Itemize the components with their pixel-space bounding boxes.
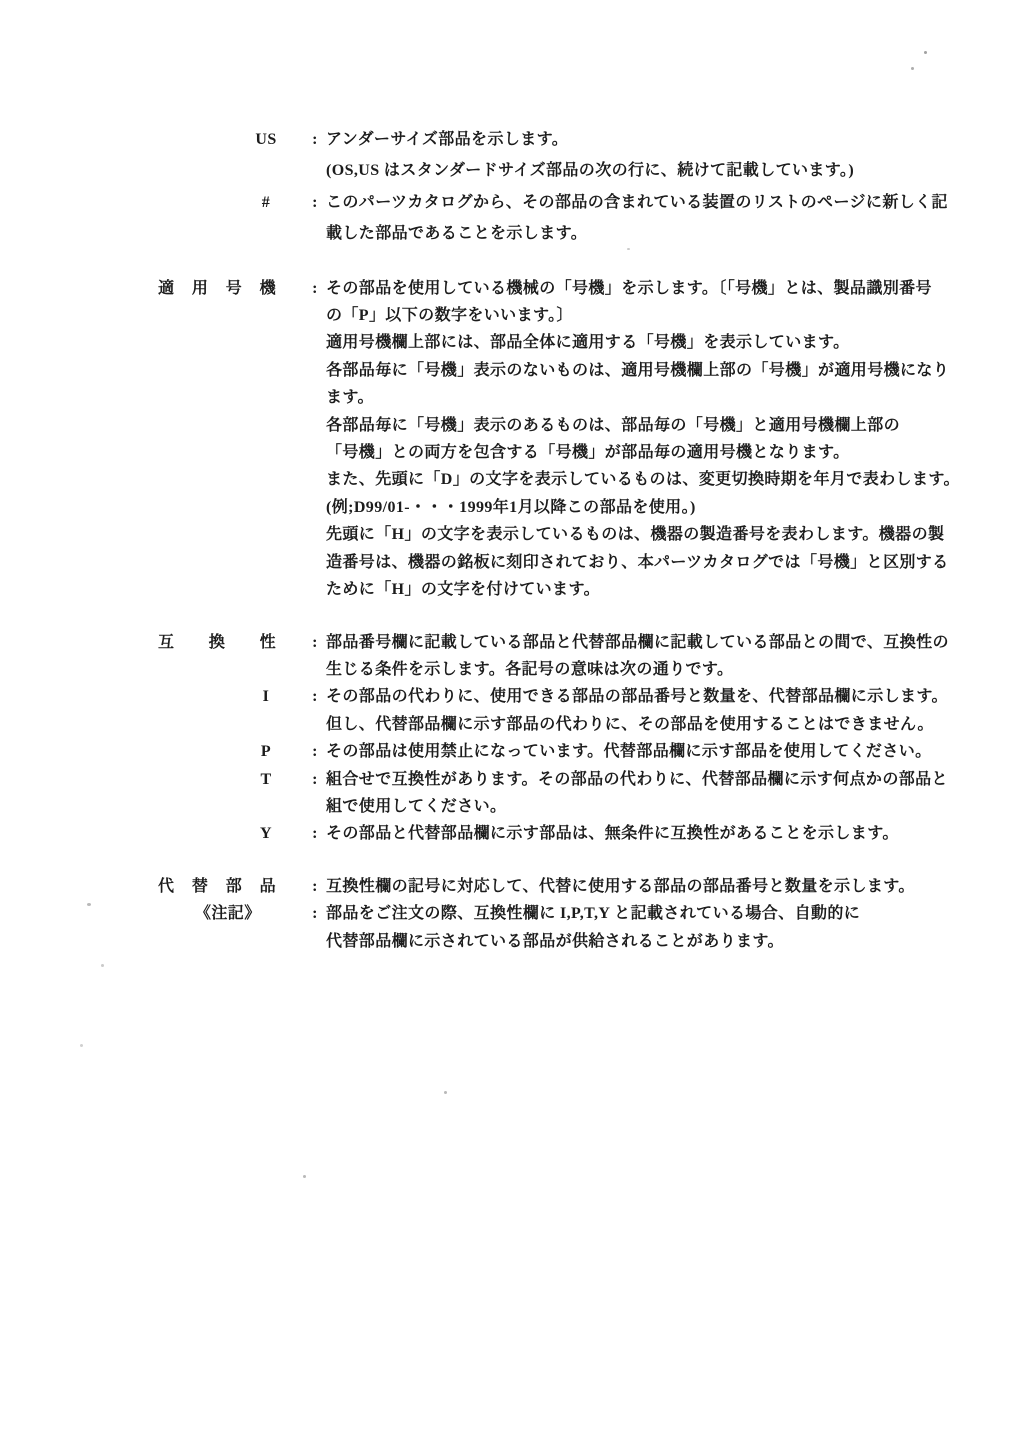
definition-text: 組合せで互換性があります。その部品の代わりに、代替部品欄に示す何点かの部品と 組… <box>326 766 964 821</box>
colon-separator: : <box>304 275 326 302</box>
text-line: 代替部品欄に示されている部品が供給されることがあります。 <box>326 928 964 955</box>
definition-text: アンダーサイズ部品を示します。 (OS,US はスタンダードサイズ部品の次の行に… <box>326 124 964 187</box>
text-line: その部品の代わりに、使用できる部品の部品番号と数量を、代替部品欄に示します。 <box>326 683 964 710</box>
term-substitute-parts: 代 替 部 品 <box>158 873 276 900</box>
section-applicable-serial: 適 用 号 機 : その部品を使用している機械の「号機」を示します。〔「号機」と… <box>158 275 964 604</box>
symbol-t: T <box>158 766 304 793</box>
colon-separator: : <box>304 187 326 218</box>
symbol-i: I <box>158 683 304 710</box>
term-label: 適 用 号 機 <box>158 275 304 302</box>
symbol-us: US <box>158 124 304 155</box>
term-interchangeability: 互 換 性 <box>158 629 276 656</box>
definition-entry-code-i: I : その部品の代わりに、使用できる部品の部品番号と数量を、代替部品欄に示しま… <box>158 683 964 738</box>
colon-separator: : <box>304 873 326 900</box>
colon-separator: : <box>304 766 326 793</box>
definition-text: このパーツカタログから、その部品の含まれている装置のリストのページに新しく記 載… <box>326 187 964 250</box>
text-line: 組合せで互換性があります。その部品の代わりに、代替部品欄に示す何点かの部品と <box>326 766 964 793</box>
text-line: また、先頭に「D」の文字を表示しているものは、変更切換時期を年月で表わします。 <box>326 466 964 493</box>
scan-speck <box>101 964 104 967</box>
symbol-p: P <box>158 738 304 765</box>
term-label: 互 換 性 <box>158 629 304 656</box>
definition-entry-interchangeability: 互 換 性 : 部品番号欄に記載している部品と代替部品欄に記載している部品との間… <box>158 629 964 684</box>
definition-entry-applicable-serial: 適 用 号 機 : その部品を使用している機械の「号機」を示します。〔「号機」と… <box>158 275 964 604</box>
scan-speck <box>924 51 927 54</box>
scan-speck <box>80 1044 83 1047</box>
text-line: 但し、代替部品欄に示す部品の代わりに、その部品を使用することはできません。 <box>326 711 964 738</box>
section-interchangeability: 互 換 性 : 部品番号欄に記載している部品と代替部品欄に記載している部品との間… <box>158 629 964 848</box>
colon-separator: : <box>304 124 326 155</box>
text-line: 組で使用してください。 <box>326 793 964 820</box>
scanned-document-page: US : アンダーサイズ部品を示します。 (OS,US はスタンダードサイズ部品… <box>0 0 1024 1448</box>
text-line: 生じる条件を示します。各記号の意味は次の通りです。 <box>326 656 964 683</box>
definition-text: その部品は使用禁止になっています。代替部品欄に示す部品を使用してください。 <box>326 738 964 765</box>
colon-separator: : <box>304 738 326 765</box>
text-line: このパーツカタログから、その部品の含まれている装置のリストのページに新しく記 <box>326 187 964 218</box>
definition-text: 部品をご注文の際、互換性欄に I,P,T,Y と記載されている場合、自動的に 代… <box>326 900 964 955</box>
text-line: 先頭に「H」の文字を表示しているものは、機器の製造番号を表わします。機器の製 <box>326 521 964 548</box>
colon-separator: : <box>304 629 326 656</box>
symbol-y: Y <box>158 820 304 847</box>
text-line: その部品は使用禁止になっています。代替部品欄に示す部品を使用してください。 <box>326 738 964 765</box>
text-line: 各部品毎に「号機」表示のないものは、適用号機欄上部の「号機」が適用号機になり <box>326 357 964 384</box>
colon-separator: : <box>304 820 326 847</box>
text-line: の「P」以下の数字をいいます。〕 <box>326 302 964 329</box>
definition-entry-code-p: P : その部品は使用禁止になっています。代替部品欄に示す部品を使用してください… <box>158 738 964 765</box>
definition-entry-code-t: T : 組合せで互換性があります。その部品の代わりに、代替部品欄に示す何点かの部… <box>158 766 964 821</box>
text-line: 部品をご注文の際、互換性欄に I,P,T,Y と記載されている場合、自動的に <box>326 900 964 927</box>
section-size-symbols: US : アンダーサイズ部品を示します。 (OS,US はスタンダードサイズ部品… <box>158 124 964 250</box>
definition-text: その部品と代替部品欄に示す部品は、無条件に互換性があることを示します。 <box>326 820 964 847</box>
text-line: 造番号は、機器の銘板に刻印されており、本パーツカタログでは「号機」と区別する <box>326 549 964 576</box>
scan-speck <box>627 248 630 250</box>
section-substitute-parts: 代 替 部 品 : 互換性欄の記号に対応して、代替に使用する部品の部品番号と数量… <box>158 873 964 955</box>
term-applicable-serial: 適 用 号 機 <box>158 275 276 302</box>
remark-label: 《注記》 <box>158 900 304 927</box>
text-line: 各部品毎に「号機」表示のあるものは、部品毎の「号機」と適用号機欄上部の <box>326 412 964 439</box>
text-line: その部品を使用している機械の「号機」を示します。〔「号機」とは、製品識別番号 <box>326 275 964 302</box>
text-line: 部品番号欄に記載している部品と代替部品欄に記載している部品との間で、互換性の <box>326 629 964 656</box>
text-line: 互換性欄の記号に対応して、代替に使用する部品の部品番号と数量を示します。 <box>326 873 964 900</box>
text-line: その部品と代替部品欄に示す部品は、無条件に互換性があることを示します。 <box>326 820 964 847</box>
definition-text: その部品の代わりに、使用できる部品の部品番号と数量を、代替部品欄に示します。 但… <box>326 683 964 738</box>
text-line: (例;D99/01-・・・1999年1月以降この部品を使用。) <box>326 494 964 521</box>
scan-speck <box>911 67 914 70</box>
text-line: ために「H」の文字を付けています。 <box>326 576 964 603</box>
text-line: アンダーサイズ部品を示します。 <box>326 124 964 155</box>
text-line: 載した部品であることを示します。 <box>326 218 964 249</box>
definition-entry-code-y: Y : その部品と代替部品欄に示す部品は、無条件に互換性があることを示します。 <box>158 820 964 847</box>
scan-speck <box>556 592 559 595</box>
definition-entry-substitute-parts: 代 替 部 品 : 互換性欄の記号に対応して、代替に使用する部品の部品番号と数量… <box>158 873 964 900</box>
text-line: 「号機」との両方を包含する「号機」が部品毎の適用号機となります。 <box>326 439 964 466</box>
definition-text: 互換性欄の記号に対応して、代替に使用する部品の部品番号と数量を示します。 <box>326 873 964 900</box>
definition-text: その部品を使用している機械の「号機」を示します。〔「号機」とは、製品識別番号 の… <box>326 275 964 604</box>
term-label: 代 替 部 品 <box>158 873 304 900</box>
scan-speck <box>303 1175 306 1178</box>
scan-speck <box>87 903 91 906</box>
symbol-hash: # <box>158 187 304 218</box>
text-line: 適用号機欄上部には、部品全体に適用する「号機」を表示しています。 <box>326 329 964 356</box>
definition-text: 部品番号欄に記載している部品と代替部品欄に記載している部品との間で、互換性の 生… <box>326 629 964 684</box>
scan-speck <box>444 1091 447 1094</box>
colon-separator: : <box>304 683 326 710</box>
parts-catalog-legend: US : アンダーサイズ部品を示します。 (OS,US はスタンダードサイズ部品… <box>158 124 964 955</box>
definition-entry-remark: 《注記》 : 部品をご注文の際、互換性欄に I,P,T,Y と記載されている場合… <box>158 900 964 955</box>
definition-entry-hash: # : このパーツカタログから、その部品の含まれている装置のリストのページに新し… <box>158 187 964 250</box>
text-line: ます。 <box>326 384 964 411</box>
definition-entry-us: US : アンダーサイズ部品を示します。 (OS,US はスタンダードサイズ部品… <box>158 124 964 187</box>
text-line: (OS,US はスタンダードサイズ部品の次の行に、続けて記載しています。) <box>326 155 964 186</box>
colon-separator: : <box>304 900 326 927</box>
